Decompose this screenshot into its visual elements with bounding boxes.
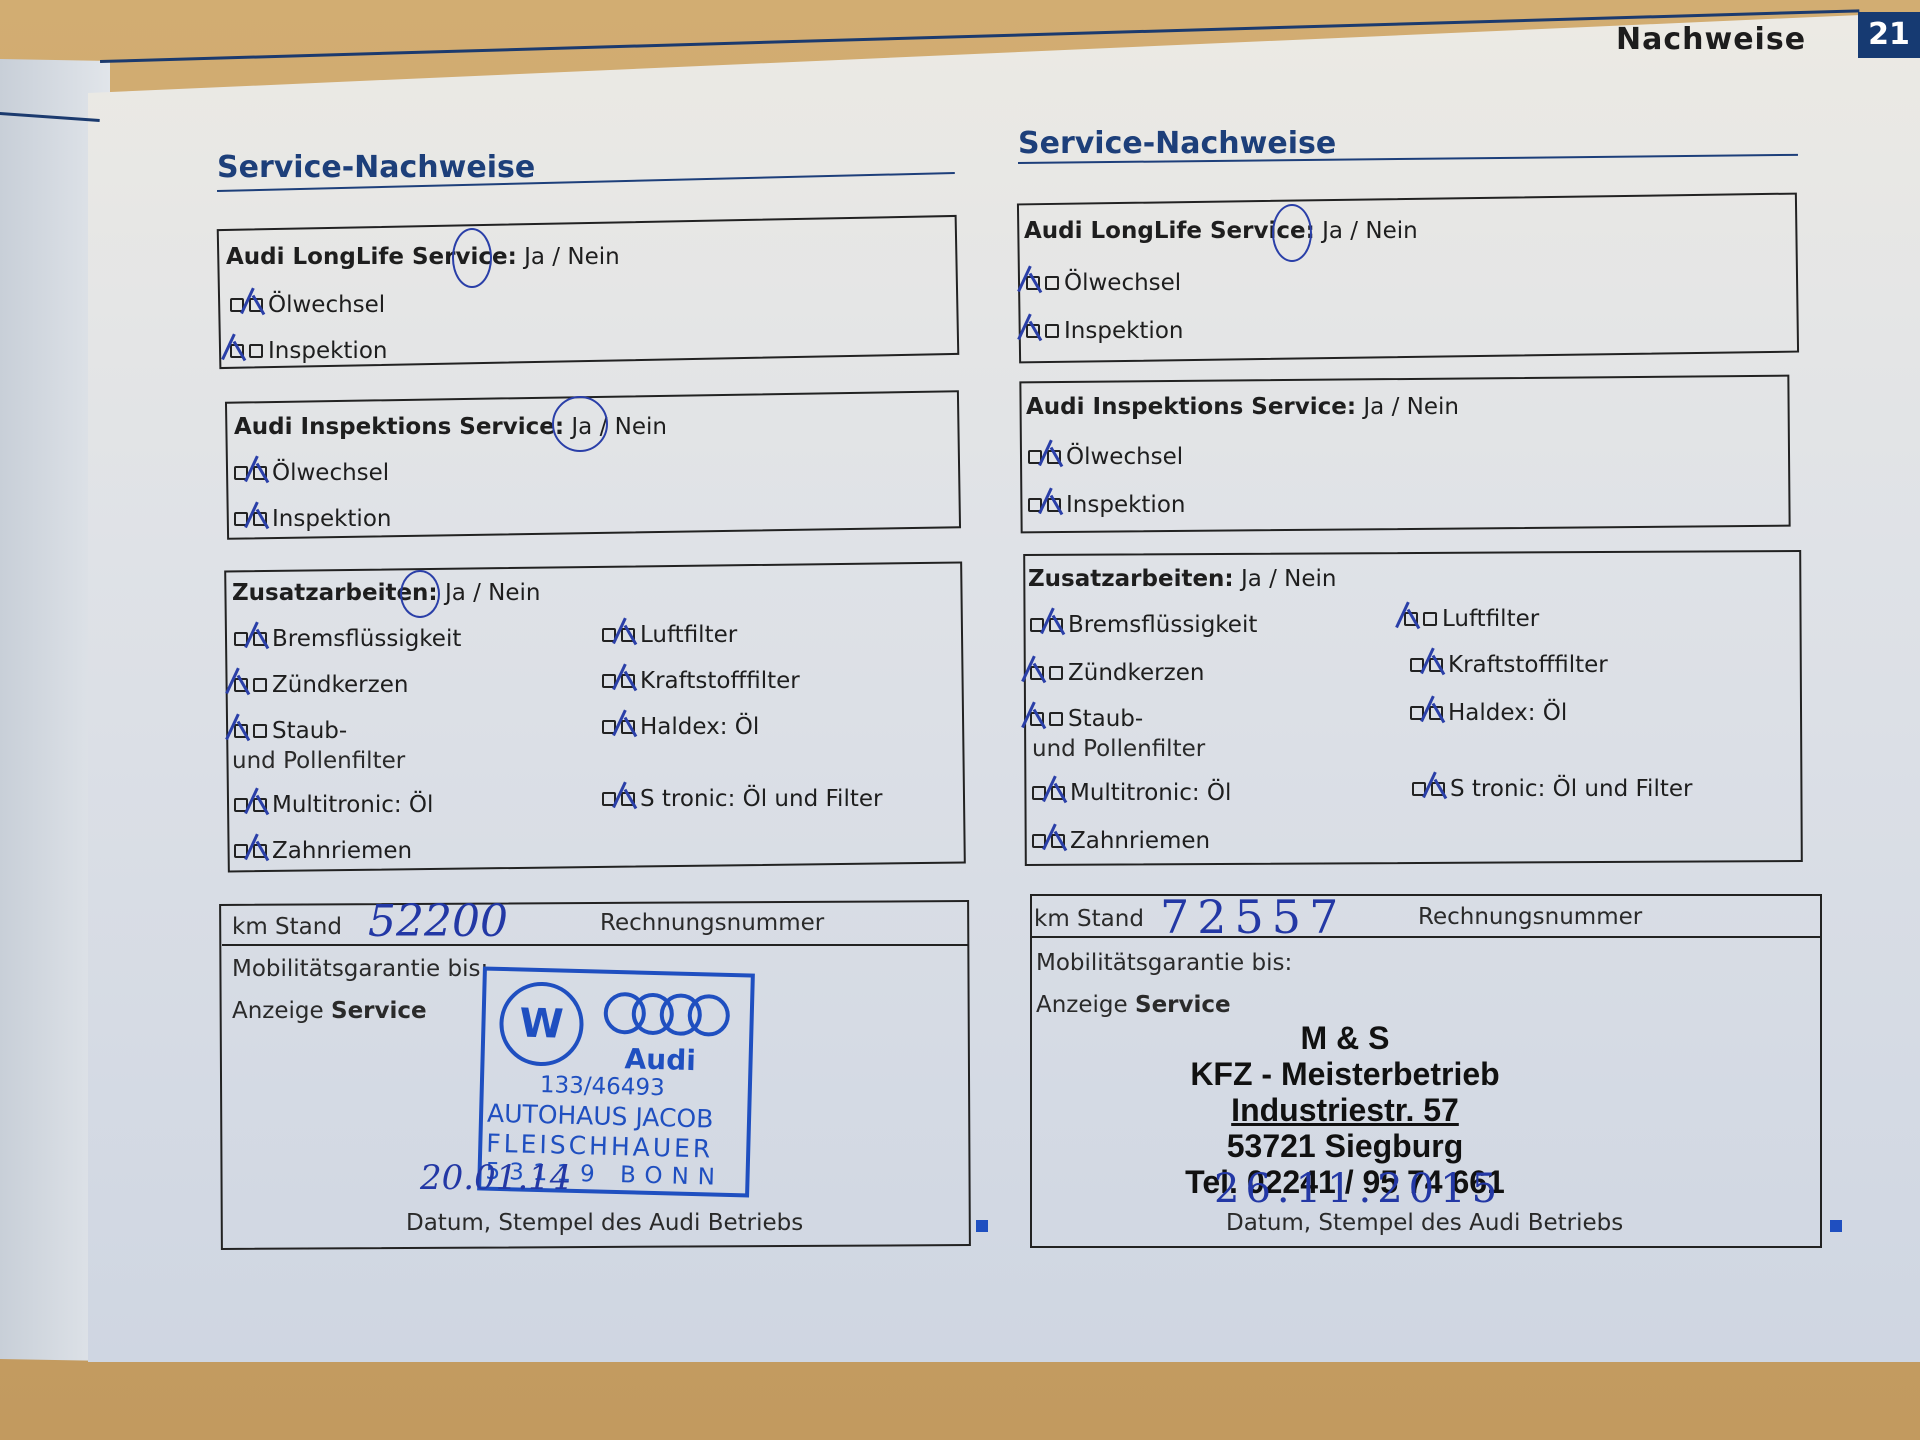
stamp-line3: Industriestr. 57 [1160, 1092, 1530, 1128]
checkbox-oelwechsel[interactable]: Ölwechsel [1026, 270, 1181, 296]
checkbox-inspektion[interactable]: Inspektion [1026, 318, 1183, 344]
km-label-left: km Stand [232, 914, 342, 940]
km-value-left: 52200 [368, 896, 508, 947]
circle-mark-ja [1272, 204, 1312, 262]
circle-mark-nein [552, 396, 608, 452]
mobility-label-right: Mobilitätsgarantie bis: [1036, 950, 1292, 976]
date-handwritten-right: 26.11.2015 [1214, 1166, 1503, 1212]
km-value-right: 72557 [1160, 890, 1346, 944]
inspektion-title-right: Audi Inspektions Service: Ja / Nein [1026, 394, 1459, 420]
corner-marker-icon [976, 1220, 988, 1232]
checkbox-oelwechsel[interactable]: Ölwechsel [234, 460, 389, 486]
checkbox-staubfilter[interactable]: Staub- [1030, 706, 1143, 732]
running-title: Nachweise [1616, 22, 1806, 57]
checkbox-luftfilter[interactable]: Luftfilter [602, 622, 737, 648]
checkbox-luftfilter[interactable]: Luftfilter [1404, 606, 1539, 632]
stamp-line4: 53721 Siegburg [1160, 1128, 1530, 1164]
checkbox-bremsfluessigkeit[interactable]: Bremsflüssigkeit [1030, 612, 1257, 638]
invoice-label-right: Rechnungsnummer [1418, 904, 1642, 930]
section-title-left: Service-Nachweise [217, 150, 535, 185]
checkbox-stronic[interactable]: S tronic: Öl und Filter [1412, 776, 1692, 802]
checkbox-oelwechsel[interactable]: Ölwechsel [230, 292, 385, 318]
checkbox-bremsfluessigkeit[interactable]: Bremsflüssigkeit [234, 626, 461, 652]
record-divider-left [222, 944, 968, 946]
circle-mark-ja [400, 570, 440, 618]
section-title-right: Service-Nachweise [1018, 126, 1336, 161]
display-label-right: Anzeige Service [1036, 992, 1231, 1018]
longlife-title-right: Audi LongLife Service: Ja / Nein [1024, 218, 1418, 244]
footer-label-right: Datum, Stempel des Audi Betriebs [1226, 1210, 1623, 1236]
checkbox-kraftstofffilter[interactable]: Kraftstofffilter [1410, 652, 1608, 678]
checkbox-kraftstofffilter[interactable]: Kraftstofffilter [602, 668, 800, 694]
zusatz-title-left: Zusatzarbeiten: Ja / Nein [232, 580, 541, 606]
checkbox-staubfilter[interactable]: Staub- [234, 718, 347, 744]
mobility-label-left: Mobilitätsgarantie bis: [232, 956, 488, 982]
circle-mark-ja [452, 228, 492, 288]
checkbox-zuendkerzen[interactable]: Zündkerzen [234, 672, 408, 698]
staubfilter-line2: und Pollenfilter [1032, 736, 1205, 762]
staubfilter-line2: und Pollenfilter [232, 748, 405, 774]
invoice-label-left: Rechnungsnummer [600, 910, 824, 936]
checkbox-zahnriemen[interactable]: Zahnriemen [234, 838, 412, 864]
checkbox-inspektion[interactable]: Inspektion [1028, 492, 1185, 518]
checkbox-haldex[interactable]: Haldex: Öl [1410, 700, 1567, 726]
stamp-number: 133/46493 [540, 1072, 665, 1101]
checkbox-inspektion[interactable]: Inspektion [230, 338, 387, 364]
zusatz-title-right: Zusatzarbeiten: Ja / Nein [1028, 566, 1337, 592]
page-number: 21 [1858, 12, 1920, 58]
checkbox-zahnriemen[interactable]: Zahnriemen [1032, 828, 1210, 854]
checkbox-oelwechsel[interactable]: Ölwechsel [1028, 444, 1183, 470]
footer-label-left: Datum, Stempel des Audi Betriebs [406, 1210, 803, 1236]
vw-logo-icon: W [498, 981, 584, 1067]
stamp-brand: Audi [624, 1042, 696, 1077]
checkbox-haldex[interactable]: Haldex: Öl [602, 714, 759, 740]
audi-rings-icon [603, 992, 734, 1039]
checkbox-stronic[interactable]: S tronic: Öl und Filter [602, 786, 882, 812]
display-label-left: Anzeige Service [232, 998, 427, 1024]
corner-marker-icon [1830, 1220, 1842, 1232]
km-label-right: km Stand [1034, 906, 1144, 932]
checkbox-inspektion[interactable]: Inspektion [234, 506, 391, 532]
zusatz-box-left [224, 562, 966, 873]
date-handwritten-left: 20.01.14 [420, 1158, 571, 1198]
longlife-title-left: Audi LongLife Service: Ja / Nein [226, 244, 620, 270]
stamp-line2: KFZ - Meisterbetrieb [1160, 1056, 1530, 1092]
record-divider-right [1032, 936, 1820, 938]
checkbox-multitronic[interactable]: Multitronic: Öl [234, 792, 433, 818]
stamp-line1: M & S [1160, 1020, 1530, 1056]
checkbox-multitronic[interactable]: Multitronic: Öl [1032, 780, 1231, 806]
stamp-line1: AUTOHAUS JACOB [487, 1099, 714, 1134]
checkbox-zuendkerzen[interactable]: Zündkerzen [1030, 660, 1204, 686]
